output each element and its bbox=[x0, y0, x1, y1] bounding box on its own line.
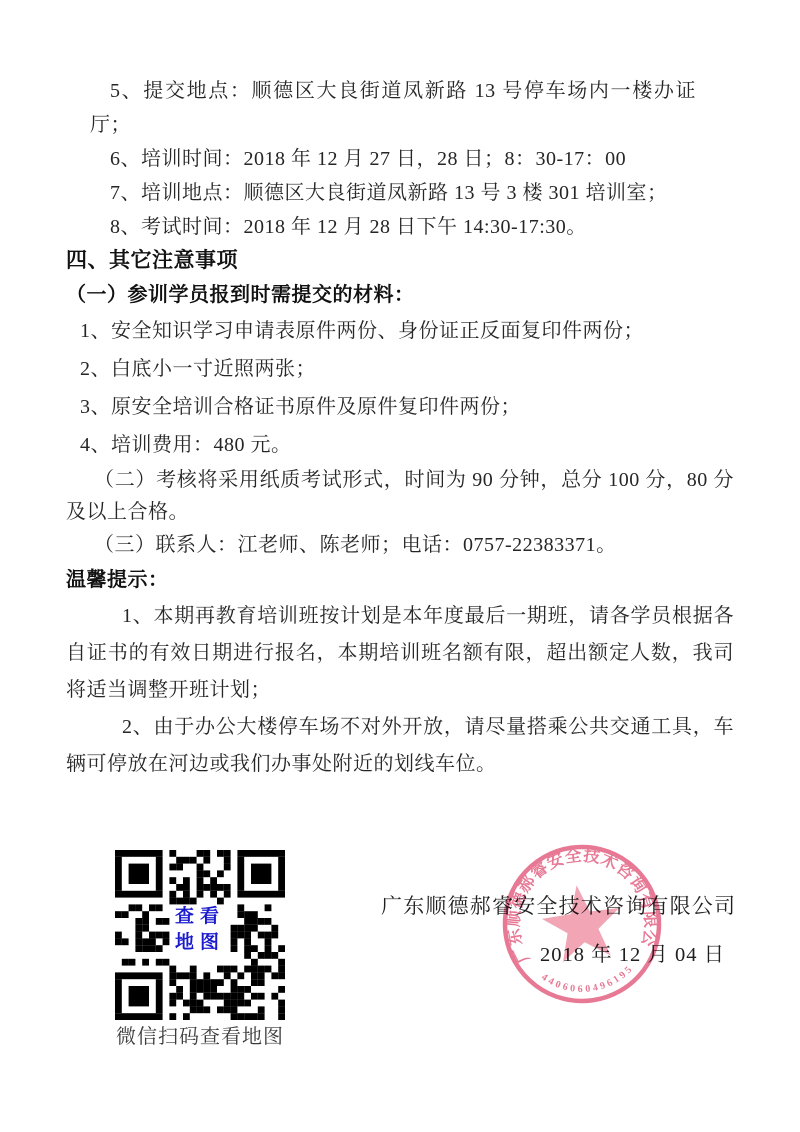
qr-center-label: 查看 地图 bbox=[115, 904, 285, 956]
company-name: 广东顺德郝睿安全技术咨询有限公司 bbox=[381, 890, 736, 920]
list-item: 7、培训地点：顺德区大良街道凤新路 13 号 3 楼 301 培训室； bbox=[90, 176, 696, 210]
list-item: 8、考试时间：2018 年 12 月 28 日下午 14:30-17:30。 bbox=[90, 210, 696, 244]
exam-paragraph: （二）考核将采用纸质考试形式，时间为 90 分钟，总分 100 分，80 分及以… bbox=[66, 464, 734, 528]
qr-caption: 微信扫码查看地图 bbox=[110, 1020, 290, 1049]
materials-item: 1、安全知识学习申请表原件两份、身份证正反面复印件两份； bbox=[80, 312, 700, 350]
materials-list: 1、安全知识学习申请表原件两份、身份证正反面复印件两份； 2、白底小一寸近照两张… bbox=[80, 312, 700, 464]
contact-paragraph: （三）联系人：江老师、陈老师；电话：0757-22383371。 bbox=[66, 528, 734, 562]
tip-paragraph: 2、由于办公大楼停车场不对外开放，请尽量搭乘公共交通工具，车辆可停放在河边或我们… bbox=[66, 709, 734, 783]
tips-heading: 温馨提示： bbox=[66, 562, 734, 598]
qr-label-line2: 地图 bbox=[115, 930, 285, 956]
issue-date: 2018 年 12 月 04 日 bbox=[540, 937, 725, 967]
numbered-items: 5、提交地点：顺德区大良街道凤新路 13 号停车场内一楼办证厅； 6、培训时间：… bbox=[90, 74, 696, 244]
tip-paragraph: 1、本期再教育培训班按计划是本年度最后一期班，请各学员根据各自证书的有效日期进行… bbox=[66, 598, 734, 709]
list-item: 6、培训时间：2018 年 12 月 27 日，28 日；8：30-17：00 bbox=[90, 142, 696, 176]
qr-label-line1: 查看 bbox=[115, 904, 285, 930]
qr-code: 查看 地图 bbox=[115, 850, 285, 1020]
official-seal: 广东顺德郝睿安全技术咨询有限公司 4406060496195 bbox=[483, 825, 682, 1024]
materials-item: 4、培训费用：480 元。 bbox=[80, 426, 700, 464]
seal-ring bbox=[495, 837, 669, 1011]
materials-item: 2、白底小一寸近照两张； bbox=[80, 350, 700, 388]
document-body: 5、提交地点：顺德区大良街道凤新路 13 号停车场内一楼办证厅； 6、培训时间：… bbox=[66, 74, 734, 783]
document-page: 5、提交地点：顺德区大良街道凤新路 13 号停车场内一楼办证厅； 6、培训时间：… bbox=[0, 0, 800, 1132]
subsection-heading: （一）参训学员报到时需提交的材料： bbox=[66, 278, 734, 312]
materials-item: 3、原安全培训合格证书原件及原件复印件两份； bbox=[80, 388, 700, 426]
section-heading: 四、其它注意事项 bbox=[66, 244, 734, 278]
list-item: 5、提交地点：顺德区大良街道凤新路 13 号停车场内一楼办证厅； bbox=[90, 74, 696, 142]
